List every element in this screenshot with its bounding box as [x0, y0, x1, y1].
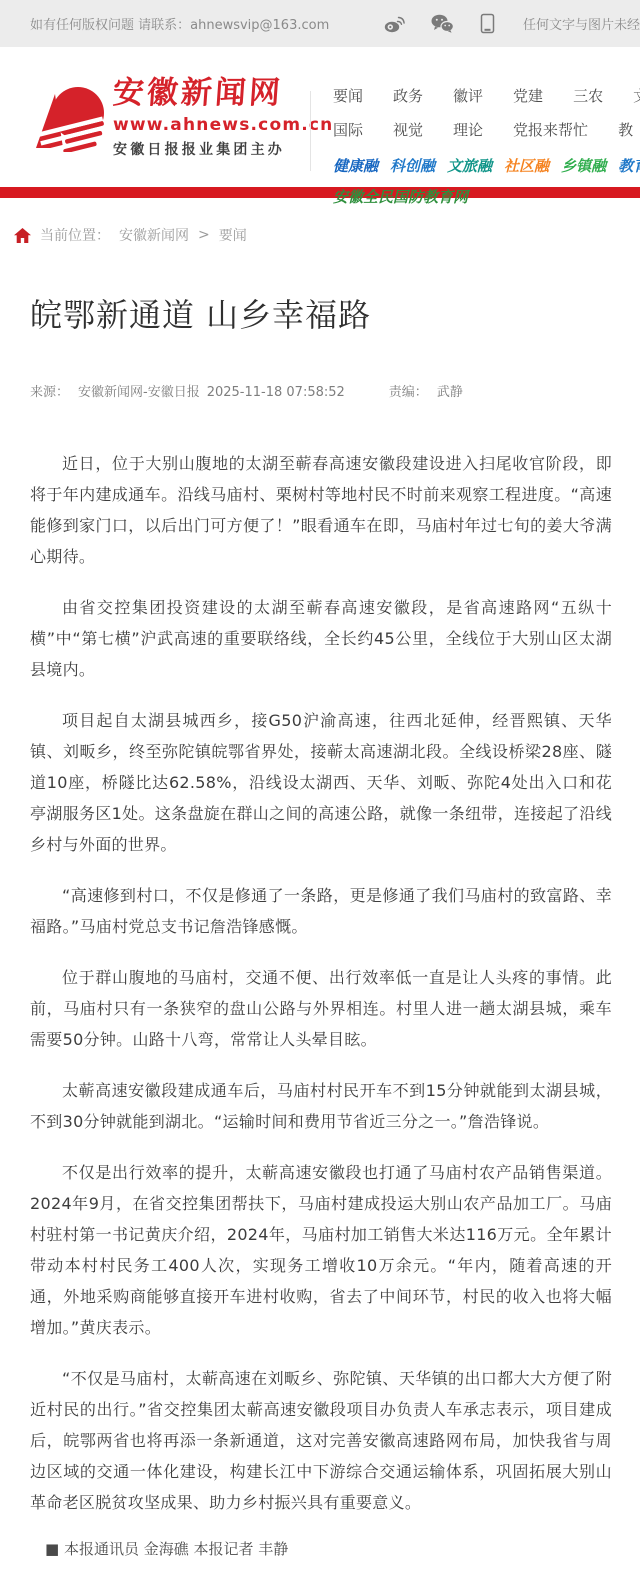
breadcrumb-label: 当前位置： — [40, 225, 110, 245]
article-paragraph: 近日，位于大别山腹地的太湖至蕲春高速安徽段建设进入扫尾收官阶段，即将于年内建成通… — [30, 448, 612, 572]
nav-item-kechuangrong[interactable]: 科创融 — [390, 155, 435, 176]
article-paragraph: “不仅是马庙村，太蕲高速在刘畈乡、弥陀镇、天华镇的出口都大大方便了附近村民的出行… — [30, 1363, 612, 1518]
nav-item-sannong[interactable]: 三农 — [573, 85, 603, 106]
article-byline: ■ 本报通讯员 金海礁 本报记者 丰静 — [30, 1538, 612, 1559]
site-url: www.ahnews.com.cn — [113, 115, 333, 135]
nav-item-guofang-jiaoyu[interactable]: 安徽全民国防教育网 — [333, 186, 640, 207]
breadcrumb-site-link[interactable]: 安徽新闻网 — [119, 225, 189, 245]
nav-item-dangjian[interactable]: 党建 — [513, 85, 543, 106]
header-divider — [310, 91, 311, 171]
weibo-icon[interactable] — [384, 15, 405, 33]
wechat-icon[interactable] — [431, 14, 454, 33]
site-name: 安徽新闻网 — [112, 73, 335, 113]
nav-item-wenlvrong[interactable]: 文旅融 — [447, 155, 492, 176]
publish-datetime: 2025-11-18 07:58:52 — [207, 385, 345, 400]
nav-row-1: 要闻 政务 徽评 党建 三农 文 — [333, 85, 640, 106]
article-body: 近日，位于大别山腹地的太湖至蕲春高速安徽段建设进入扫尾收官阶段，即将于年内建成通… — [30, 448, 612, 1518]
copyright-contact-text: 如有任何版权问题 请联系：ahnewsvip@163.com — [30, 14, 329, 33]
article: 皖鄂新通道 山乡幸福路 来源： 安徽新闻网-安徽日报 2025-11-18 07… — [30, 293, 612, 1589]
topbar: 如有任何版权问题 请联系：ahnewsvip@163.com — [0, 0, 640, 47]
nav-item-lilun[interactable]: 理论 — [453, 119, 483, 140]
site-header: 安徽新闻网 www.ahnews.com.cn 安徽日报报业集团主办 要闻 政务… — [0, 47, 640, 187]
share-icons — [384, 13, 495, 34]
main-nav: 要闻 政务 徽评 党建 三农 文 国际 视觉 理论 党报来帮忙 教 健康融 科创… — [333, 85, 640, 207]
nav-item-shijue[interactable]: 视觉 — [393, 119, 423, 140]
editor-value: 武静 — [437, 381, 463, 400]
nav-item-jiaoyurong[interactable]: 教育融 — [618, 155, 640, 176]
site-identity[interactable]: 安徽新闻网 www.ahnews.com.cn 安徽日报报业集团主办 — [113, 73, 333, 159]
article-paragraph: 项目起自太湖县城西乡，接G50沪渝高速，往西北延伸，经晋熙镇、天华镇、刘畈乡，终… — [30, 705, 612, 860]
nav-item-wen[interactable]: 文 — [633, 85, 640, 106]
source-value: 安徽新闻网-安徽日报 — [78, 381, 200, 400]
page-title: 皖鄂新通道 山乡幸福路 — [30, 293, 612, 337]
nav-item-zhengwu[interactable]: 政务 — [393, 85, 423, 106]
home-icon[interactable] — [14, 228, 31, 243]
nav-item-huiping[interactable]: 徽评 — [453, 85, 483, 106]
nav-item-jiao[interactable]: 教 — [618, 119, 633, 140]
article-paragraph: 太蕲高速安徽段建成通车后，马庙村村民开车不到15分钟就能到太湖县城，不到30分钟… — [30, 1075, 612, 1137]
breadcrumb-section-link[interactable]: 要闻 — [219, 225, 247, 245]
site-slogan: 安徽日报报业集团主办 — [113, 139, 333, 159]
nav-item-shequrong[interactable]: 社区融 — [504, 155, 549, 176]
nav-item-guoji[interactable]: 国际 — [333, 119, 363, 140]
article-paragraph: 不仅是出行效率的提升，太蕲高速安徽段也打通了马庙村农产品销售渠道。2024年9月… — [30, 1157, 612, 1343]
article-meta: 来源： 安徽新闻网-安徽日报 2025-11-18 07:58:52 责编： 武… — [30, 381, 612, 400]
site-logo-icon[interactable] — [33, 86, 107, 156]
nav-item-jiankangrong[interactable]: 健康融 — [333, 155, 378, 176]
nav-item-yaowen[interactable]: 要闻 — [333, 85, 363, 106]
nav-item-dangbao[interactable]: 党报来帮忙 — [513, 119, 588, 140]
nav-row-2: 国际 视觉 理论 党报来帮忙 教 — [333, 119, 640, 140]
copyright-notice-text: 任何文字与图片未经 — [523, 14, 640, 33]
editor-label: 责编： — [389, 381, 428, 400]
breadcrumb-separator: > — [198, 227, 210, 243]
nav-row-3: 健康融 科创融 文旅融 社区融 乡镇融 教育融 — [333, 155, 640, 176]
source-label: 来源： — [30, 381, 69, 400]
article-paragraph: 位于群山腹地的马庙村，交通不便、出行效率低一直是让人头疼的事情。此前，马庙村只有… — [30, 962, 612, 1055]
mobile-icon[interactable] — [480, 13, 495, 34]
nav-item-xiangzhenrong[interactable]: 乡镇融 — [561, 155, 606, 176]
article-paragraph: 由省交控集团投资建设的太湖至蕲春高速安徽段，是省高速路网“五纵十横”中“第七横”… — [30, 592, 612, 685]
article-paragraph: “高速修到村口，不仅是修通了一条路，更是修通了我们马庙村的致富路、幸福路。”马庙… — [30, 880, 612, 942]
